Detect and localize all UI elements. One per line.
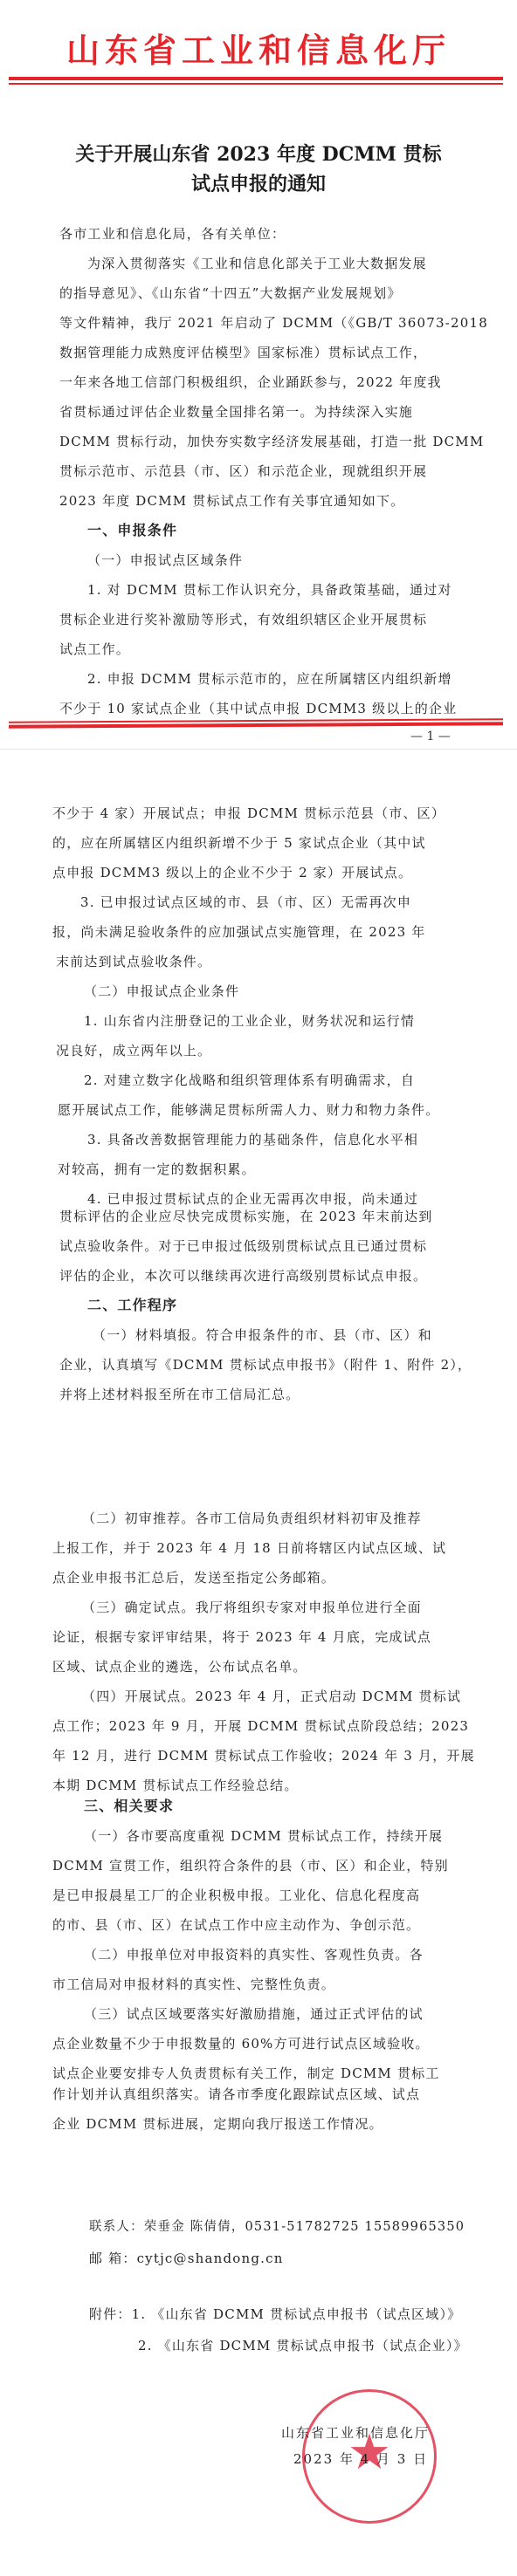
salutation: 各市工业和信息化局，各有关单位： xyxy=(59,225,461,243)
paragraph-line: （四）开展试点。2023 年 4 月，正式启动 DCMM 贯标试 xyxy=(82,1688,484,1705)
intro-line: 贯标示范市、示范县（市、区）和示范企业，现就组织开展 xyxy=(59,462,461,480)
document-title-line1: 关于开展山东省 2023 年度 DCMM 贯标 xyxy=(0,141,517,168)
subsection-heading: （一）申报试点区域条件 xyxy=(87,552,489,569)
paragraph-line: 作计划并认真组织落实。请各市季度化跟踪试点区域、试点 xyxy=(52,2086,454,2103)
intro-line: DCMM 贯标行动，加快夯实数字经济发展基础，打造一批 DCMM xyxy=(59,433,461,450)
contact-email[interactable]: 邮 箱：cytjc@shandong.cn xyxy=(89,2250,491,2267)
paragraph-line: 区域、试点企业的遴选，公布试点名单。 xyxy=(52,1658,454,1675)
paragraph-line: 本期 DCMM 贯标试点工作经验总结。 xyxy=(52,1777,454,1794)
paragraph-line: （一）材料填报。符合申报条件的市、县（市、区）和 xyxy=(93,1326,494,1344)
paragraph-line: 企业，认真填写《DCMM 贯标试点申报书》（附件 1、附件 2）， xyxy=(59,1356,461,1374)
letterhead-org-name: 山东省工业和信息化厅 xyxy=(0,31,517,70)
signature-org: 山东省工业和信息化厅 xyxy=(281,2424,517,2442)
paragraph-line: 试点验收条件。对于已申报过低级别贯标试点且已通过贯标 xyxy=(59,1237,461,1255)
paragraph-line: 1. 对 DCMM 贯标工作认识充分，具备政策基础，通过对 xyxy=(87,581,489,599)
letterhead-red-line-thick xyxy=(9,77,503,80)
intro-line: 省贯标通过评估企业数量全国排名第一。为持续深入实施 xyxy=(59,403,461,421)
paragraph-line: 的，应在所属辖区内组织新增不少于 5 家试点企业（其中试 xyxy=(52,834,454,852)
paragraph-line: 市工信局对申报材料的真实性、完整性负责。 xyxy=(52,1976,454,1993)
paragraph-line: 愿开展试点工作，能够满足贯标所需人力、财力和物力条件。 xyxy=(58,1101,459,1119)
paragraph-line: 1. 山东省内注册登记的工业企业，财务状况和运行情 xyxy=(84,1012,486,1030)
paragraph-line: 试点企业要安排专人负责贯标有关工作，制定 DCMM 贯标工 xyxy=(52,2065,454,2082)
paragraph-line: 是已申报晨星工厂的企业积极申报。工业化、信息化程度高 xyxy=(52,1887,454,1904)
intro-line: 为深入贯彻落实《工业和信息化部关于工业大数据发展 xyxy=(87,255,489,272)
paragraph-line: 不少于 10 家试点企业（其中试点申报 DCMM3 级以上的企业 xyxy=(59,700,461,717)
attachment-item-2: 2. 《山东省 DCMM 贯标试点申报书（试点企业）》 xyxy=(138,2337,517,2354)
section-heading-2: 二、工作程序 xyxy=(87,1297,489,1314)
paragraph-line: 年 12 月，进行 DCMM 贯标试点工作验收；2024 年 3 月，开展 xyxy=(52,1747,454,1764)
paragraph-line: 2. 对建立数字化战略和组织管理体系有明确需求，自 xyxy=(84,1072,486,1089)
paragraph-line: 报，尚未满足验收条件的应加强试点实施管理，在 2023 年 xyxy=(52,923,454,941)
paragraph-line: 点申报 DCMM3 级以上的企业不少于 2 家）开展试点。 xyxy=(52,864,454,881)
paragraph-line: DCMM 宣贯工作，组织符合条件的县（市、区）和企业，特别 xyxy=(52,1857,454,1874)
paragraph-line: 贯标企业进行奖补激励等形式，有效组织辖区企业开展贯标 xyxy=(59,611,461,628)
paragraph-line: 评估的企业，本次可以继续再次进行高级别贯标试点申报。 xyxy=(59,1267,461,1285)
signature-date: 2023 年 4 月 3 日 xyxy=(293,2450,517,2468)
paragraph-line: 试点工作。 xyxy=(59,641,461,658)
contact-person: 联系人：荣垂金 陈倩倩，0531-51782725 15589965350 xyxy=(89,2218,491,2236)
subsection-heading: （二）申报试点企业条件 xyxy=(84,983,486,1000)
paragraph-line: 点企业数量不少于申报数量的 60%方可进行试点区域验收。 xyxy=(52,2035,454,2052)
paragraph-line: （二）初审推荐。各市工信局负责组织材料初审及推荐 xyxy=(82,1510,484,1527)
paragraph-line: 并将上述材料报至所在市工信局汇总。 xyxy=(59,1386,461,1403)
paragraph-line: 点企业申报书汇总后，发送至指定公务邮箱。 xyxy=(52,1569,454,1586)
paragraph-line: （一）各市要高度重视 DCMM 贯标试点工作，持续开展 xyxy=(84,1827,486,1845)
paragraph-line: 不少于 4 家）开展试点；申报 DCMM 贯标示范县（市、区） xyxy=(52,805,454,822)
paragraph-line: 3. 具备改善数据管理能力的基础条件，信息化水平相 xyxy=(87,1131,489,1148)
intro-line: 一年来各地工信部门积极组织，企业踊跃参与，2022 年度我 xyxy=(59,373,461,391)
section-heading-1: 一、申报条件 xyxy=(87,522,489,539)
paragraph-line: 点工作；2023 年 9 月，开展 DCMM 贯标试点阶段总结；2023 xyxy=(52,1717,454,1735)
page-break xyxy=(0,749,517,750)
footer-red-line-thick xyxy=(9,722,503,728)
paragraph-line: （二）申报单位对申报资料的真实性、客观性负责。各 xyxy=(84,1946,486,1963)
intro-line: 等文件精神，我厅 2021 年启动了 DCMM（《GB/T 36073-2018 xyxy=(59,314,461,332)
letterhead-red-line-thin xyxy=(9,83,503,85)
paragraph-line: 的市、县（市、区）在试点工作中应主动作为、争创示范。 xyxy=(52,1916,454,1934)
paragraph-line: 上报工作，并于 2023 年 4 月 18 日前将辖区内试点区域、试 xyxy=(52,1539,454,1557)
intro-line: 2023 年度 DCMM 贯标试点工作有关事宜通知如下。 xyxy=(59,492,461,510)
paragraph-line: 末前达到试点验收条件。 xyxy=(56,953,458,970)
paragraph-line: 况良好，成立两年以上。 xyxy=(56,1042,458,1059)
intro-line: 的指导意见》、《山东省“十四五”大数据产业发展规划》 xyxy=(59,284,461,302)
document-title-line2: 试点申报的通知 xyxy=(0,171,517,197)
paragraph-line: （三）确定试点。我厅将组织专家对申报单位进行全面 xyxy=(82,1599,484,1616)
paragraph-line: 2. 申报 DCMM 贯标示范市的，应在所属辖区内组织新增 xyxy=(87,670,489,688)
paragraph-line: 4. 已申报过贯标试点的企业无需再次申报，尚未通过 xyxy=(87,1190,489,1208)
paragraph-line: 贯标评估的企业应尽快完成贯标实施，在 2023 年末前达到 xyxy=(59,1208,461,1225)
paragraph-line: 3. 已申报过试点区域的市、县（市、区）无需再次申 xyxy=(80,894,482,911)
paragraph-line: （三）试点区域要落实好激励措施，通过正式评估的试 xyxy=(84,2005,486,2023)
paragraph-line: 企业 DCMM 贯标进展，定期向我厅报送工作情况。 xyxy=(52,2115,454,2133)
paragraph-line: 论证，根据专家评审结果，将于 2023 年 4 月底，完成试点 xyxy=(52,1628,454,1646)
intro-line: 数据管理能力成熟度评估模型》国家标准）贯标试点工作， xyxy=(59,344,461,361)
attachment-item-1: 附件：1. 《山东省 DCMM 贯标试点申报书（试点区域）》 xyxy=(89,2305,491,2323)
page-number: — 1 — xyxy=(410,730,451,743)
paragraph-line: 对较高，拥有一定的数据积累。 xyxy=(58,1161,459,1178)
section-heading-3: 三、相关要求 xyxy=(84,1798,486,1815)
